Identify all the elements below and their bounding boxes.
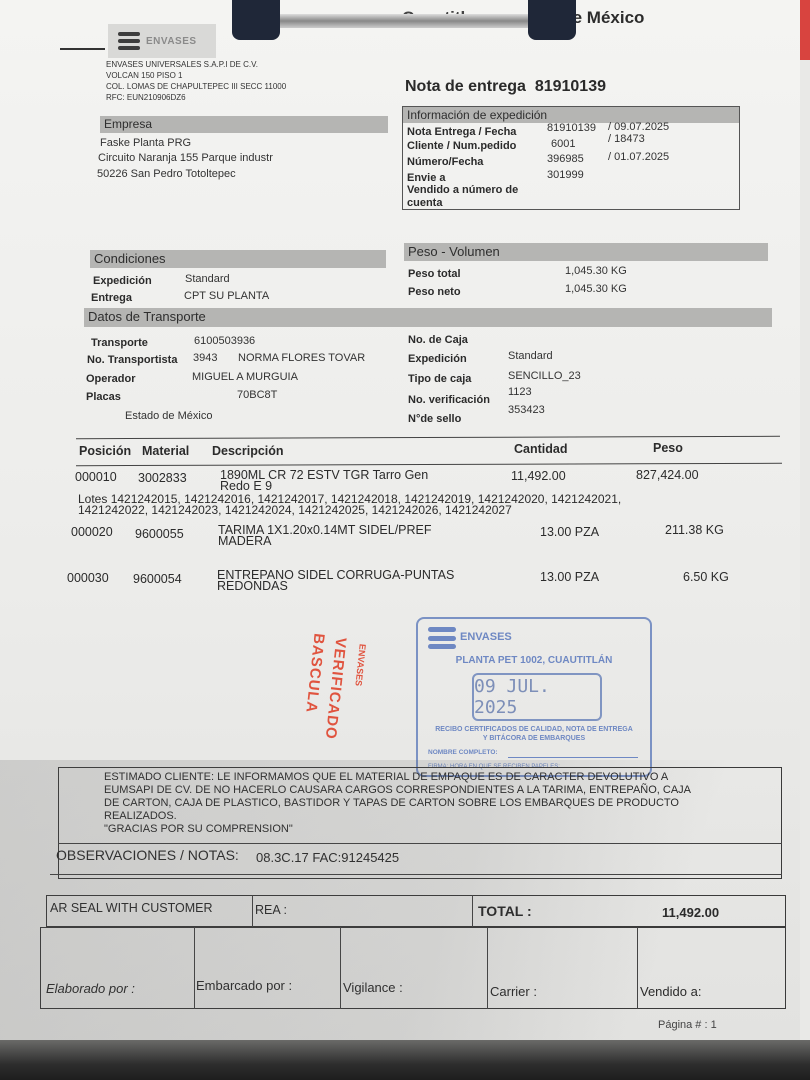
sig-sep-2 [340,927,341,1009]
lotes-list: Lotes 1421242015, 1421242016, 1421242017… [78,494,621,516]
row-1-peso: 827,424.00 [636,468,699,482]
peso-total-value: 1,045.30 KG [565,265,627,277]
sello-label: N°de sello [408,413,461,425]
lotes-line-2: 1421242022, 1421242023, 1421242024, 1421… [78,505,621,516]
operador-value: MIGUEL A MURGUIA [192,371,298,383]
placas-value: 70BC8T [237,389,277,401]
signature-vigilance: Vigilance : [343,980,403,995]
verificacion-label: No. verificación [408,394,490,406]
empresa-address-2: 50226 San Pedro Totoltepec [97,168,236,180]
envie-a-value: 301999 [547,169,584,181]
row-2-desc-line2: MADERA [218,536,432,547]
stamp-text-line1: RECIBO CERTIFICADOS DE CALIDAD, NOTA DE … [418,725,650,734]
notice-divider [58,843,782,844]
return-policy-notice: ESTIMADO CLIENTE: LE INFORMAMOS QUE EL M… [104,771,691,836]
transportista-name: NORMA FLORES TOVAR [238,352,365,364]
background-red-edge [800,0,810,60]
notice-line-5: "GRACIAS POR SU COMPRENSION" [104,823,691,836]
envases-logo-icon [118,32,140,50]
row-3-desc-line2: REDONDAS [217,581,454,592]
observaciones-divider [50,874,782,875]
row-1-desc-line2: Redo E 9 [220,481,428,492]
clipboard-clip-right [528,0,576,40]
header-cantidad: Cantidad [514,442,567,456]
transportista-label: No. Transportista [87,354,177,366]
notice-line-4: REALIZADOS. [104,810,691,823]
document-title-label: Nota de entrega [405,78,526,95]
red-stamp-line-1: VERIFICADO [322,637,350,741]
stamp-receipt-text: RECIBO CERTIFICADOS DE CALIDAD, NOTA DE … [418,725,650,743]
nota-entrega-fecha-label: Nota Entrega / Fecha [407,126,516,138]
signature-embarcado: Embarcado por : [196,978,292,993]
row-1-cantidad: 11,492.00 [511,469,566,483]
notice-line-1: ESTIMADO CLIENTE: LE INFORMAMOS QUE EL M… [104,771,691,784]
total-value: 11,492.00 [662,905,719,920]
transporte-label: Transporte [91,337,148,349]
tipo-caja-label: Tipo de caja [408,373,471,385]
empresa-section-title: Empresa [100,116,388,133]
transporte-value: 6100503936 [194,335,255,347]
condiciones-entrega-value: CPT SU PLANTA [184,290,269,302]
row-3-material: 9600054 [133,572,182,586]
company-info: ENVASES UNIVERSALES S.A.P.I DE C.V. VOLC… [106,59,286,103]
observaciones-value: 08.3C.17 FAC:91245425 [256,850,399,865]
row-1-posicion: 000010 [75,470,117,484]
page-number: Página # : 1 [658,1019,717,1031]
row-2-material: 9600055 [135,527,184,541]
sig-sep-4 [637,927,638,1009]
nota-entrega-date: / 09.07.2025 [608,121,669,133]
row-2-posicion: 000020 [71,525,113,539]
cliente-pedido-label: Cliente / Num.pedido [407,140,516,152]
blue-reception-stamp: ENVASES PLANTA PET 1002, CUAUTITLÁN 09 J… [416,617,652,777]
header-peso: Peso [653,441,683,455]
rea-label: REA : [255,903,287,917]
clipboard-clip-left [232,0,280,40]
envie-a-label: Envie a [407,172,446,184]
shipping-info-title: Información de expedición [403,107,739,123]
stamp-brand: ENVASES [460,631,512,643]
empresa-address-1: Circuito Naranja 155 Parque industr [98,152,273,164]
transporte-expedicion-label: Expedición [408,353,467,365]
row-3-descripcion: ENTREPANO SIDEL CORRUGA-PUNTAS REDONDAS [217,570,454,592]
company-name: ENVASES UNIVERSALES S.A.P.I DE C.V. [106,59,286,70]
tipo-caja-value: SENCILLO_23 [508,370,581,382]
empresa-name: Faske Planta PRG [100,137,191,149]
stamp-plant: PLANTA PET 1002, CUAUTITLÁN [418,655,650,666]
row-1-material: 3002833 [138,471,187,485]
peso-neto-value: 1,045.30 KG [565,283,627,295]
signature-vendido: Vendido a: [640,984,701,999]
red-stamp-line-3: ENVASES [353,643,367,686]
verificacion-value: 1123 [508,386,532,398]
red-stamp-line-2: BASCULA [302,632,327,714]
stamp-text-line2: Y BITÁCORA DE EMBARQUES [418,734,650,743]
row-1-descripcion: 1890ML CR 72 ESTV TGR Tarro Gen Redo E 9 [220,470,428,492]
no-caja-label: No. de Caja [408,334,468,346]
row-2-peso: 211.38 KG [665,523,724,537]
stamp-date: 09 JUL. 2025 [472,673,602,721]
signature-carrier: Carrier : [490,984,537,999]
cliente-number: 6001 [551,138,575,150]
stamp-name-label: NOMBRE COMPLETO: [428,749,498,756]
numero-date: / 01.07.2025 [608,151,669,163]
seal-text: AR SEAL WITH CUSTOMER [50,901,213,915]
stamp-name-line [508,757,638,758]
company-logo: ENVASES [108,24,216,58]
vendido-label-2: cuenta [407,197,442,209]
row-3-posicion: 000030 [67,571,109,585]
row-3-peso: 6.50 KG [683,570,729,584]
peso-volumen-section-title: Peso - Volumen [404,243,768,261]
notice-line-3: DE CARTON, CAJA DE PLASTICO, BASTIDOR Y … [104,797,691,810]
condiciones-entrega-label: Entrega [91,292,132,304]
sig-sep-3 [487,927,488,1009]
row-2-cantidad: 13.00 PZA [540,525,599,539]
nota-entrega-number: 81910139 [547,122,596,134]
peso-neto-label: Peso neto [408,286,461,298]
transporte-section-title: Datos de Transporte [84,308,772,327]
logo-text: ENVASES [146,36,197,47]
header-posicion: Posición [79,444,131,458]
condiciones-expedicion-label: Expedición [93,275,152,287]
header-material: Material [142,444,189,458]
peso-total-label: Peso total [408,268,461,280]
placas-label: Placas [86,391,121,403]
stamp-envases-logo-icon [428,627,456,649]
numero-fecha-label: Número/Fecha [407,156,483,168]
row-2-descripcion: TARIMA 1X1.20x0.14MT SIDEL/PREF MADERA [218,525,432,547]
company-rfc: RFC: EUN210906DZ6 [106,92,286,103]
sello-value: 353423 [508,404,545,416]
transportista-id: 3943 [193,352,217,364]
total-label: TOTAL : [478,903,532,919]
clipboard-clip-bar [245,14,575,28]
transporte-expedicion-value: Standard [508,350,553,362]
total-row-sep-2 [472,895,473,927]
pedido-number: / 18473 [608,133,645,145]
notice-line-2: EUMSAPI DE CV. DE NO HACERLO CAUSARA CAR… [104,784,691,797]
estado-value: Estado de México [125,410,212,422]
header-descripcion: Descripción [212,444,284,458]
company-address-1: VOLCAN 150 PISO 1 [106,70,286,81]
operador-label: Operador [86,373,136,385]
document-number: 81910139 [535,78,606,95]
stamp-date-text: 09 JUL. 2025 [474,676,600,718]
header-dash [60,48,105,50]
observaciones-label: OBSERVACIONES / NOTAS: [56,847,239,863]
red-verification-stamp: BASCULA VERIFICADO ENVASES [290,632,392,765]
vendido-label-1: Vendido a número de [407,184,518,196]
total-row-sep-1 [252,895,253,927]
document-title: Nota de entrega 81910139 [405,78,606,96]
shipping-info-box: Información de expedición Nota Entrega /… [402,106,740,210]
company-address-2: COL. LOMAS DE CHAPULTEPEC III SECC 11000 [106,81,286,92]
condiciones-expedicion-value: Standard [185,273,230,285]
row-3-cantidad: 13.00 PZA [540,570,599,584]
condiciones-section-title: Condiciones [90,250,386,268]
background-desk [0,1040,810,1080]
signature-elaborado: Elaborado por : [46,981,135,996]
sig-sep-1 [194,927,195,1009]
numero-value: 396985 [547,153,584,165]
